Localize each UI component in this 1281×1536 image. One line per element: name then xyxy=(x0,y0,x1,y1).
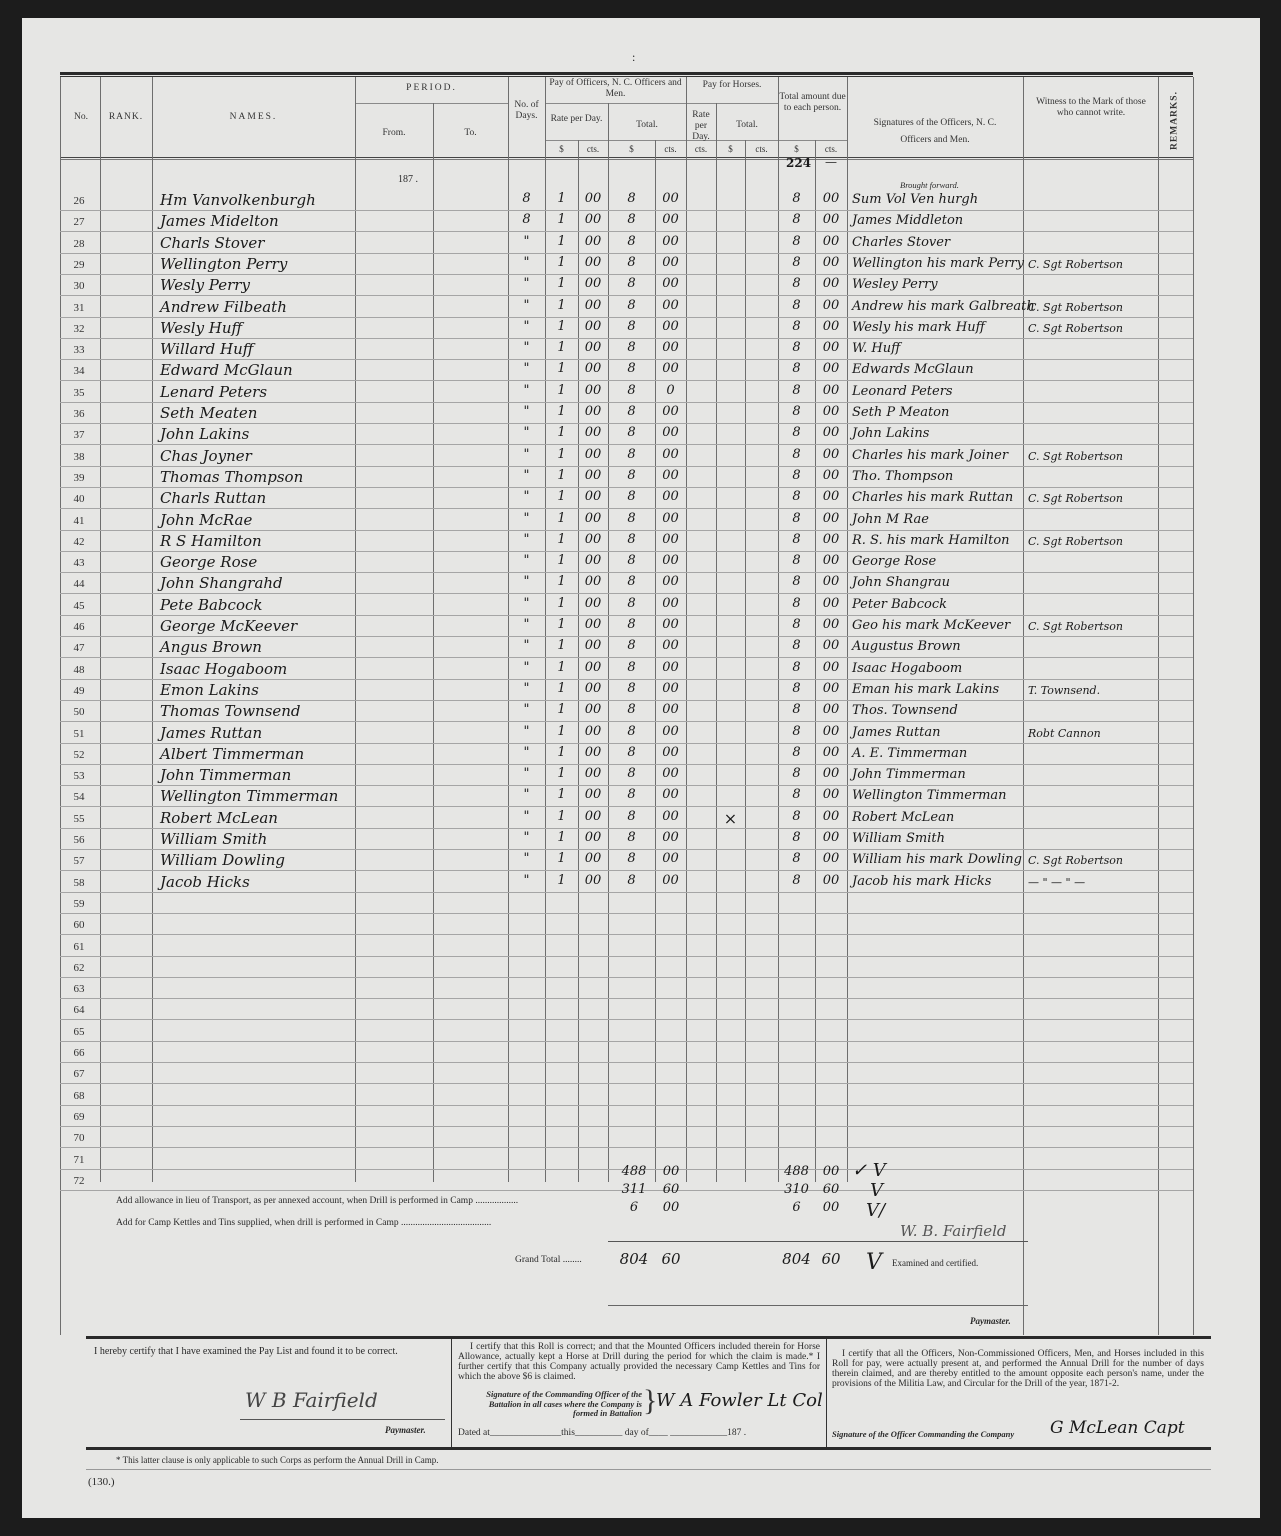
days-value: " xyxy=(508,638,545,653)
due-cents: 00 xyxy=(815,447,847,462)
row-rule xyxy=(60,1126,1193,1127)
rate-dollars: 1 xyxy=(545,489,578,504)
subtotal-due-cents: 00 xyxy=(815,1164,847,1179)
due-dollars: 8 xyxy=(778,851,815,866)
transport-label: Add allowance in lieu of Transport, as p… xyxy=(116,1196,518,1206)
signature: R. S. his mark Hamilton xyxy=(852,533,1010,548)
total-cents: 00 xyxy=(655,255,686,270)
due-dollars: 8 xyxy=(778,532,815,547)
total-cents: 00 xyxy=(655,447,686,462)
due-cents: 00 xyxy=(815,851,847,866)
total-dollars: 8 xyxy=(608,404,655,419)
header-horse-rate: Rate per Day. xyxy=(686,110,716,143)
cert-paymaster-signature: W B Fairfield xyxy=(245,1388,378,1412)
row-rule xyxy=(60,1062,1193,1063)
signature: Wellington his mark Perry xyxy=(852,256,1024,271)
header-from: From. xyxy=(355,128,433,139)
total-dollars: 8 xyxy=(608,212,655,227)
signature: James Ruttan xyxy=(852,725,941,740)
due-dollars: 8 xyxy=(778,745,815,760)
soldier-name: Wellington Timmerman xyxy=(160,787,338,805)
signature: George Rose xyxy=(852,554,936,569)
due-cents: 00 xyxy=(815,255,847,270)
days-value: " xyxy=(508,234,545,249)
days-value: " xyxy=(508,361,545,376)
days-value: " xyxy=(508,617,545,632)
total-cents: 00 xyxy=(655,340,686,355)
row-number: 69 xyxy=(64,1111,94,1123)
header-period: PERIOD. xyxy=(355,83,508,94)
witness: C. Sgt Robertson xyxy=(1028,492,1123,505)
due-dollars: 8 xyxy=(778,638,815,653)
header-total-due: Total amount due to each person. xyxy=(778,92,847,114)
cert-roll-text: I certify that this Roll is correct; and… xyxy=(458,1342,820,1382)
row-number: 67 xyxy=(64,1068,94,1080)
total-cents: 00 xyxy=(655,724,686,739)
due-cents: 00 xyxy=(815,787,847,802)
due-cents: 00 xyxy=(815,617,847,632)
rate-dollars: 1 xyxy=(545,383,578,398)
due-cents: 00 xyxy=(815,702,847,717)
days-value: " xyxy=(508,787,545,802)
unit-label-cents: cts. xyxy=(686,144,716,155)
row-number: 61 xyxy=(64,941,94,953)
due-cents: 00 xyxy=(815,404,847,419)
days-value: " xyxy=(508,340,545,355)
subtotal-due: 488 xyxy=(778,1164,815,1179)
kettles-label: Add for Camp Kettles and Tins supplied, … xyxy=(116,1218,491,1228)
soldier-name: Hm Vanvolkenburgh xyxy=(160,191,316,209)
soldier-name: Isaac Hogaboom xyxy=(160,660,287,678)
rate-cents: 00 xyxy=(578,404,608,419)
rate-dollars: 1 xyxy=(545,574,578,589)
row-rule xyxy=(60,1083,1193,1084)
due-cents: 00 xyxy=(815,319,847,334)
rate-cents: 00 xyxy=(578,851,608,866)
days-value: " xyxy=(508,468,545,483)
soldier-name: Wellington Perry xyxy=(160,255,287,273)
check-mark-3: V/ xyxy=(866,1200,885,1221)
rate-cents: 00 xyxy=(578,745,608,760)
signature: A. E. Timmerman xyxy=(852,746,967,761)
soldier-name: Jacob Hicks xyxy=(160,873,250,891)
due-cents: 00 xyxy=(815,745,847,760)
signature: Peter Babcock xyxy=(852,597,947,612)
signature: Seth P Meaton xyxy=(852,405,949,420)
days-value: " xyxy=(508,745,545,760)
days-value: " xyxy=(508,681,545,696)
total-dollars: 8 xyxy=(608,383,655,398)
header-rank: RANK. xyxy=(100,112,152,123)
due-dollars: 8 xyxy=(778,574,815,589)
horse-mark: × xyxy=(716,809,745,828)
due-dollars: 8 xyxy=(778,191,815,206)
signature: Wellington Timmerman xyxy=(852,788,1007,803)
total-cents: 00 xyxy=(655,276,686,291)
rate-cents: 00 xyxy=(578,212,608,227)
signature: John Lakins xyxy=(852,426,929,441)
due-cents: 00 xyxy=(815,234,847,249)
header-total: Total. xyxy=(608,120,686,131)
total-dollars: 8 xyxy=(608,234,655,249)
row-rule xyxy=(60,934,1193,935)
total-cents: 00 xyxy=(655,660,686,675)
signature: Eman his mark Lakins xyxy=(852,682,999,697)
total-cents: 00 xyxy=(655,361,686,376)
due-dollars: 8 xyxy=(778,212,815,227)
header-days: No. of Days. xyxy=(508,100,545,122)
rate-dollars: 1 xyxy=(545,766,578,781)
rate-dollars: 1 xyxy=(545,745,578,760)
days-value: " xyxy=(508,660,545,675)
due-cents: 00 xyxy=(815,340,847,355)
subtotal-pay-cents: 00 xyxy=(656,1164,686,1179)
rate-dollars: 1 xyxy=(545,638,578,653)
total-cents: 00 xyxy=(655,532,686,547)
row-rule xyxy=(60,913,1193,914)
days-value: " xyxy=(508,809,545,824)
kettles-pay-cents: 00 xyxy=(656,1200,686,1215)
soldier-name: Pete Babcock xyxy=(160,596,262,614)
signature: John M Rae xyxy=(852,512,929,527)
total-dollars: 8 xyxy=(608,681,655,696)
total-cents: 00 xyxy=(655,681,686,696)
rate-dollars: 1 xyxy=(545,340,578,355)
rate-cents: 00 xyxy=(578,532,608,547)
cert-bottom-rule xyxy=(86,1447,1211,1450)
unit-label-cents: cts. xyxy=(815,144,847,155)
row-number: 68 xyxy=(64,1090,94,1102)
soldier-name: Lenard Peters xyxy=(160,383,267,401)
check-mark-1: ✓ V xyxy=(852,1160,886,1181)
soldier-name: George McKeever xyxy=(160,617,297,635)
total-cents: 00 xyxy=(655,809,686,824)
rate-cents: 00 xyxy=(578,489,608,504)
due-dollars: 8 xyxy=(778,702,815,717)
signature: Andrew his mark Galbreath xyxy=(852,299,1035,314)
due-dollars: 8 xyxy=(778,447,815,462)
witness: — " — " — xyxy=(1028,876,1085,889)
dated-line: Dated at_______________this__________ da… xyxy=(458,1428,746,1438)
soldier-name: R S Hamilton xyxy=(160,532,262,550)
rate-dollars: 1 xyxy=(545,553,578,568)
paymaster-label: Paymaster. xyxy=(970,1316,1011,1326)
row-number: 66 xyxy=(64,1047,94,1059)
header-rate-per-day: Rate per Day. xyxy=(545,114,608,125)
due-dollars: 8 xyxy=(778,319,815,334)
due-dollars: 8 xyxy=(778,234,815,249)
rate-dollars: 1 xyxy=(545,191,578,206)
rate-cents: 00 xyxy=(578,511,608,526)
total-cents: 00 xyxy=(655,298,686,313)
rate-cents: 00 xyxy=(578,681,608,696)
days-value: " xyxy=(508,489,545,504)
rate-cents: 00 xyxy=(578,702,608,717)
total-dollars: 8 xyxy=(608,638,655,653)
total-dollars: 8 xyxy=(608,766,655,781)
days-value: " xyxy=(508,553,545,568)
cert-top-rule xyxy=(86,1336,1211,1339)
total-dollars: 8 xyxy=(608,361,655,376)
total-dollars: 8 xyxy=(608,532,655,547)
rate-dollars: 1 xyxy=(545,255,578,270)
total-cents: 00 xyxy=(655,404,686,419)
soldier-name: Wesly Perry xyxy=(160,276,250,294)
soldier-name: Emon Lakins xyxy=(160,681,259,699)
signature: Isaac Hogaboom xyxy=(852,661,962,676)
rate-cents: 00 xyxy=(578,361,608,376)
due-cents: 00 xyxy=(815,830,847,845)
soldier-name: Charls Ruttan xyxy=(160,489,266,507)
rate-cents: 00 xyxy=(578,574,608,589)
rate-dollars: 1 xyxy=(545,851,578,866)
total-dollars: 8 xyxy=(608,447,655,462)
days-value: " xyxy=(508,574,545,589)
rate-dollars: 1 xyxy=(545,234,578,249)
unit-label-dollar: $ xyxy=(545,144,578,155)
signature: James Middleton xyxy=(852,213,963,228)
signature: Edwards McGlaun xyxy=(852,362,974,377)
total-cents: 00 xyxy=(655,766,686,781)
due-cents: 00 xyxy=(815,361,847,376)
rate-dollars: 1 xyxy=(545,809,578,824)
soldier-name: James Midelton xyxy=(160,212,279,230)
rate-cents: 00 xyxy=(578,276,608,291)
transport-due: 310 xyxy=(778,1182,815,1197)
due-dollars: 8 xyxy=(778,660,815,675)
row-number: 65 xyxy=(64,1026,94,1038)
soldier-name: John Timmerman xyxy=(160,766,291,784)
rate-dollars: 1 xyxy=(545,404,578,419)
header-no: No. xyxy=(64,112,98,123)
total-cents: 00 xyxy=(655,851,686,866)
soldier-name: Angus Brown xyxy=(160,638,262,656)
rate-dollars: 1 xyxy=(545,212,578,227)
due-dollars: 8 xyxy=(778,724,815,739)
rate-dollars: 1 xyxy=(545,511,578,526)
soldier-name: Thomas Thompson xyxy=(160,468,303,486)
due-cents: 00 xyxy=(815,660,847,675)
due-dollars: 8 xyxy=(778,809,815,824)
total-dollars: 8 xyxy=(608,809,655,824)
soldier-name: Andrew Filbeath xyxy=(160,298,287,316)
signature: Tho. Thompson xyxy=(852,469,953,484)
signature: William his mark Dowling xyxy=(852,852,1022,867)
transport-pay: 311 xyxy=(612,1182,656,1197)
cert-paymaster-text: I hereby certify that I have examined th… xyxy=(94,1346,444,1357)
cert-company-text: I certify that all the Officers, Non-Com… xyxy=(832,1349,1204,1389)
unit-label-dollar: $ xyxy=(778,144,815,155)
cert-battalion-sig-label: Signature of the Commanding Officer of t… xyxy=(470,1390,642,1419)
soldier-name: Willard Huff xyxy=(160,340,253,358)
row-rule xyxy=(60,998,1193,999)
total-dollars: 8 xyxy=(608,191,655,206)
signature: Wesly his mark Huff xyxy=(852,320,985,335)
soldier-name: John McRae xyxy=(160,511,252,529)
row-rule xyxy=(60,956,1193,957)
signature: John Timmerman xyxy=(852,767,966,782)
rate-cents: 00 xyxy=(578,340,608,355)
total-dollars: 8 xyxy=(608,702,655,717)
due-cents: 00 xyxy=(815,596,847,611)
row-number: 72 xyxy=(64,1175,94,1187)
kettles-due: 6 xyxy=(778,1200,815,1215)
days-value: " xyxy=(508,702,545,717)
soldier-name: John Lakins xyxy=(160,425,249,443)
rate-dollars: 1 xyxy=(545,617,578,632)
signature: Charles his mark Joiner xyxy=(852,448,1008,463)
signature: Charles Stover xyxy=(852,235,950,250)
form-number: (130.) xyxy=(88,1476,115,1488)
signature: Augustus Brown xyxy=(852,639,961,654)
rate-cents: 00 xyxy=(578,617,608,632)
days-value: " xyxy=(508,298,545,313)
unit-label-dollar: $ xyxy=(608,144,655,155)
cert-divider-2 xyxy=(826,1339,827,1447)
witness: C. Sgt Robertson xyxy=(1028,620,1123,633)
header-names: NAMES. xyxy=(152,112,355,123)
total-cents: 00 xyxy=(655,617,686,632)
brought-forward-amount: 224 xyxy=(786,156,811,170)
period-sub-rule xyxy=(355,103,508,104)
due-cents: 00 xyxy=(815,191,847,206)
footnote: * This latter clause is only applicable … xyxy=(116,1455,439,1465)
due-cents: 00 xyxy=(815,276,847,291)
cert-battalion-signature: W A Fowler Lt Col xyxy=(656,1390,823,1411)
rate-dollars: 1 xyxy=(545,298,578,313)
due-dollars: 8 xyxy=(778,298,815,313)
rate-dollars: 1 xyxy=(545,873,578,888)
row-number: 60 xyxy=(64,919,94,931)
total-cents: 00 xyxy=(655,319,686,334)
grand-total-rule xyxy=(608,1241,1028,1242)
total-dollars: 8 xyxy=(608,873,655,888)
table-top-rule xyxy=(60,72,1193,75)
due-cents: 00 xyxy=(815,574,847,589)
due-dollars: 8 xyxy=(778,468,815,483)
signature: William Smith xyxy=(852,831,945,846)
soldier-name: Chas Joyner xyxy=(160,447,252,465)
due-cents: 00 xyxy=(815,809,847,824)
soldier-name: William Dowling xyxy=(160,851,285,869)
transport-pay-cents: 60 xyxy=(656,1182,686,1197)
transport-due-cents: 60 xyxy=(815,1182,847,1197)
row-rule xyxy=(60,977,1193,978)
signature: John Shangrau xyxy=(852,575,950,590)
unit-label-cents: cts. xyxy=(578,144,608,155)
total-dollars: 8 xyxy=(608,489,655,504)
total-dollars: 8 xyxy=(608,511,655,526)
total-dollars: 8 xyxy=(608,787,655,802)
due-dollars: 8 xyxy=(778,361,815,376)
days-value: " xyxy=(508,319,545,334)
days-value: " xyxy=(508,724,545,739)
rate-dollars: 1 xyxy=(545,787,578,802)
due-cents: 00 xyxy=(815,766,847,781)
due-dollars: 8 xyxy=(778,596,815,611)
witness: C. Sgt Robertson xyxy=(1028,322,1123,335)
total-cents: 00 xyxy=(655,787,686,802)
days-value: 8 xyxy=(508,191,545,206)
subtotal-pay: 488 xyxy=(612,1164,656,1179)
soldier-name: Wesly Huff xyxy=(160,319,242,337)
signature: Geo his mark McKeever xyxy=(852,618,1010,633)
witness: C. Sgt Robertson xyxy=(1028,258,1123,271)
total-cents: 00 xyxy=(655,489,686,504)
days-value: " xyxy=(508,873,545,888)
due-dollars: 8 xyxy=(778,489,815,504)
header-pay-officers: Pay of Officers, N. C. Officers and Men. xyxy=(545,78,686,100)
brought-forward-label: Brought forward. xyxy=(900,180,959,190)
rate-cents: 00 xyxy=(578,298,608,313)
total-dollars: 8 xyxy=(608,276,655,291)
total-dollars: 8 xyxy=(608,851,655,866)
cert-company-signature: G McLean Capt xyxy=(1050,1418,1185,1438)
soldier-name: Albert Timmerman xyxy=(160,745,304,763)
rate-cents: 00 xyxy=(578,724,608,739)
signature: Sum Vol Ven hurgh xyxy=(852,192,978,207)
cert-paymaster-role: Paymaster. xyxy=(385,1425,426,1435)
rate-dollars: 1 xyxy=(545,724,578,739)
due-cents: 00 xyxy=(815,468,847,483)
top-mark: : xyxy=(632,50,635,65)
signature: Charles his mark Ruttan xyxy=(852,490,1013,505)
total-cents: 00 xyxy=(655,830,686,845)
total-cents: 00 xyxy=(655,425,686,440)
soldier-name: James Ruttan xyxy=(160,724,262,742)
header-to: To. xyxy=(433,128,508,139)
due-dollars: 8 xyxy=(778,766,815,781)
due-cents: 00 xyxy=(815,681,847,696)
rate-dollars: 1 xyxy=(545,596,578,611)
column-line xyxy=(1193,77,1194,1335)
days-value: " xyxy=(508,511,545,526)
total-cents: 00 xyxy=(655,745,686,760)
unit-label-cents: cts. xyxy=(655,144,686,155)
paymaster-rule xyxy=(608,1305,1028,1306)
rate-dollars: 1 xyxy=(545,660,578,675)
signature: Leonard Peters xyxy=(852,384,953,399)
witness: C. Sgt Robertson xyxy=(1028,535,1123,548)
kettles-due-cents: 00 xyxy=(815,1200,847,1215)
total-dollars: 8 xyxy=(608,574,655,589)
total-cents: 00 xyxy=(655,638,686,653)
witness: C. Sgt Robertson xyxy=(1028,450,1123,463)
witness: Robt Cannon xyxy=(1028,727,1101,740)
rate-dollars: 1 xyxy=(545,361,578,376)
examiner-signature: W. B. Fairfield xyxy=(900,1222,1006,1240)
due-dollars: 8 xyxy=(778,255,815,270)
unit-label-cents: cts. xyxy=(745,144,778,155)
total-cents: 00 xyxy=(655,511,686,526)
due-dollars: 8 xyxy=(778,553,815,568)
days-value: " xyxy=(508,425,545,440)
footnote-rule xyxy=(86,1469,1211,1470)
due-cents: 00 xyxy=(815,212,847,227)
total-dollars: 8 xyxy=(608,425,655,440)
days-value: " xyxy=(508,766,545,781)
total-dollars: 8 xyxy=(608,319,655,334)
due-dollars: 8 xyxy=(778,340,815,355)
rate-dollars: 1 xyxy=(545,276,578,291)
rate-dollars: 1 xyxy=(545,830,578,845)
rate-cents: 00 xyxy=(578,660,608,675)
days-value: " xyxy=(508,447,545,462)
total-dollars: 8 xyxy=(608,830,655,845)
cert-company-sig-label: Signature of the Officer Commanding the … xyxy=(832,1429,1014,1440)
row-rule xyxy=(60,1147,1193,1148)
days-value: " xyxy=(508,596,545,611)
